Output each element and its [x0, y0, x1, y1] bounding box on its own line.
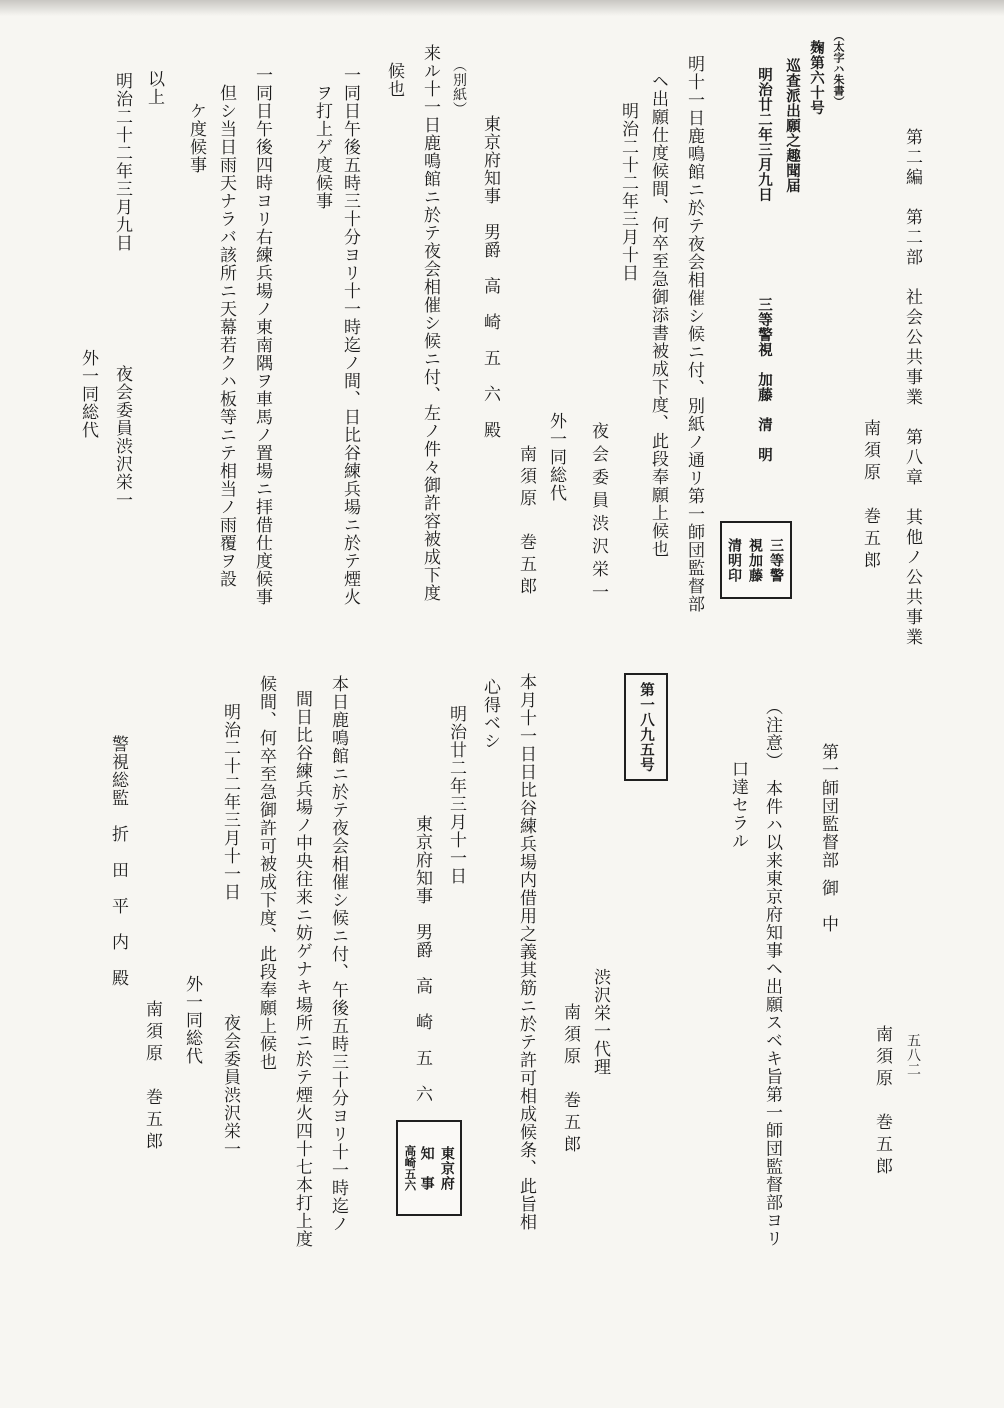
signature: 東京府知事 男爵 高 崎 五 六 — [404, 660, 440, 1400]
text-part: 夜会委員渋沢栄一 — [113, 365, 132, 509]
text-part: 明治廿二年三月九日 — [756, 67, 772, 202]
note-line-cont: 口達セラル — [720, 660, 756, 1400]
body-line: 心得ベシ — [472, 660, 508, 1400]
running-header: 第二編 第二部 社会公共事業 第八章 其他ノ公共事業 — [894, 22, 930, 650]
signature: 外一同総代 — [174, 660, 210, 1400]
body-line: 来ル十一日鹿鳴館ニ於テ夜会相催シ候ニ付、左ノ件々御許容被成下度 — [412, 22, 448, 650]
date-signature: 明治二十二年三月十一日夜会委員渋沢栄一 — [212, 660, 248, 1400]
document-number-box: 第一八九五号 — [624, 660, 668, 1400]
addressee: 東京府知事 男爵 高 崎 五 六 殿 — [472, 22, 508, 650]
body-line: 間日比谷練兵場ノ中央往来ニ妨ゲナキ場所ニ於テ煙火四十七本打上度 — [284, 660, 320, 1400]
signature: 南須原 巻五郎 — [134, 660, 170, 1400]
text-part: 第一師団監督部 — [819, 743, 838, 869]
seal-text-line: 知 事 — [420, 1146, 436, 1191]
body-line: 候也 — [376, 22, 412, 650]
text-part: 明治二十二年三月十一日 — [221, 703, 240, 901]
addressee: 警視総監 折 田 平 内 殿 — [100, 660, 136, 1400]
seal-tokyo-governor-takasaki: 東京府知 事高崎五六 — [396, 1120, 462, 1216]
signature: 南須原 巻五郎 — [508, 22, 544, 650]
date-signature: 明治二十二年三月九日夜会委員渋沢栄一 — [104, 22, 140, 650]
body-line: 候間、何卒至急御許可被成下度、此段奉願上候也 — [248, 660, 284, 1400]
signature: 外一同総代 — [70, 22, 106, 650]
seal-text-line: 高崎五六 — [402, 1145, 415, 1191]
note-line: （注意） 本件ハ以来東京府知事ヘ出願スベキ旨第一師団監督部ヨリ — [754, 660, 790, 1400]
signature-carryover: 南須原 巻五郎 — [864, 660, 900, 1400]
addressee: 南須原 巻五郎 — [552, 660, 588, 1400]
date-line: 明治廿二年三月十一日 — [438, 660, 474, 1400]
seal-text-line: 視加藤 — [748, 538, 764, 583]
body-line: 本月十一日日比谷練兵場内借用之義其筋ニ於テ許可相成候条、此旨相 — [508, 660, 544, 1400]
text-part: 明治二十二年三月九日 — [113, 72, 132, 252]
seal-text-line: 清明印 — [727, 538, 743, 583]
closing: 以上 — [136, 22, 172, 650]
bottom-section: 五八二南須原 巻五郎第一師団監督部御 中（注意） 本件ハ以来東京府知事ヘ出願スベ… — [0, 660, 1004, 1400]
body-line: 明十一日鹿鳴館ニ於テ夜会相催シ候ニ付、別紙ノ通リ第一師団監督部 — [676, 22, 712, 650]
signature-carryover: 南須原 巻五郎 — [852, 22, 888, 650]
seal-kato-kiyoaki: 三等警視加藤清明印 — [720, 521, 792, 599]
addressee: 第一師団監督部御 中 — [810, 660, 846, 1400]
seal-text-line: 東京府 — [440, 1146, 456, 1191]
list-item: 一同日午後四時ヨリ右練兵場ノ東南隅ヲ車馬ノ置場ニ拝借仕度候事 — [244, 22, 280, 650]
text-part: 御 中 — [819, 879, 838, 933]
top-section: 第二編 第二部 社会公共事業 第八章 其他ノ公共事業南須原 巻五郎（太字ハ朱書）… — [0, 22, 1004, 650]
text-part: 三等警視 加藤 清 明 — [756, 297, 772, 462]
seal-text-line: 三等警 — [769, 538, 785, 583]
boxed-text: 第一八九五号 — [624, 673, 668, 781]
book-page: 第二編 第二部 社会公共事業 第八章 其他ノ公共事業南須原 巻五郎（太字ハ朱書）… — [0, 0, 1004, 1408]
body-line: 本日鹿鳴館ニ於テ夜会相催シ候ニ付、午後五時三十分ヨリ十一時迄ノ — [320, 660, 356, 1400]
text-part: 夜会委員渋沢栄一 — [221, 1014, 240, 1158]
